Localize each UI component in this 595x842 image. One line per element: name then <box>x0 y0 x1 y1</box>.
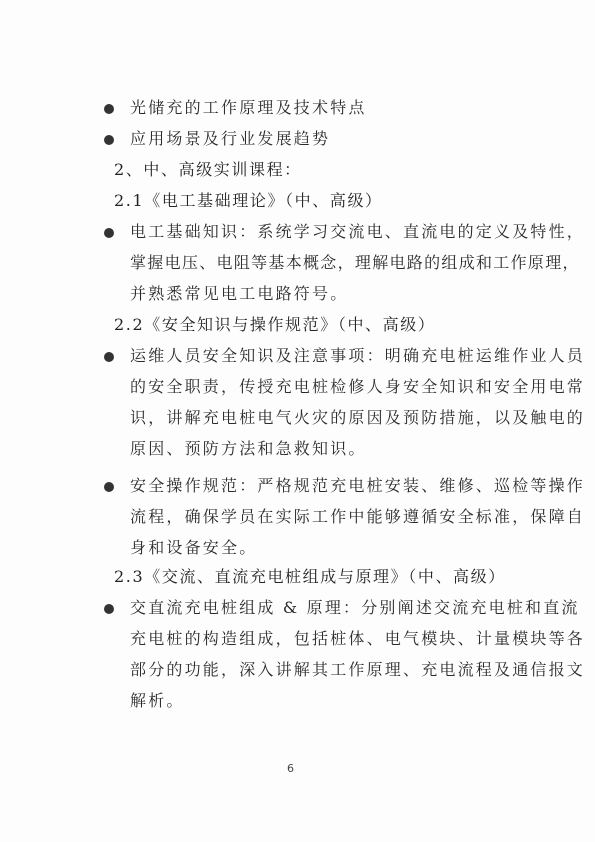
bullet-icon <box>104 104 114 114</box>
bullet-text: 身和设备安全。 <box>130 538 257 558</box>
bullet-text: 解析。 <box>130 691 185 711</box>
bullet-text: 的安全职责，传授充电桩检修人身安全知识和安全用电常 <box>130 377 585 397</box>
bullet-icon <box>104 352 114 362</box>
section-heading: 2、中、高级实训课程： <box>114 160 302 180</box>
bullet-text: 光储充的工作原理及技术特点 <box>130 98 367 118</box>
bullet-text: 掌握电压、电阻等基本概念，理解电路的组成和工作原理， <box>130 253 580 273</box>
bullet-text: 原因、预防方法和急救知识。 <box>130 439 367 459</box>
bullet-text: 并熟悉常见电工电路符号。 <box>130 284 348 304</box>
bullet-text: 电工基础知识：系统学习交流电、直流电的定义及特性， <box>130 222 585 242</box>
subsection-heading: 2.2《安全知识与操作规范》（中、高级） <box>114 315 435 335</box>
bullet-text: 运维人员安全知识及注意事项：明确充电桩运维作业人员 <box>130 346 585 366</box>
bullet-text: 流程，确保学员在实际工作中能够遵循安全标准，保障自 <box>130 507 585 527</box>
document-page: 光储充的工作原理及技术特点 应用场景及行业发展趋势 2、中、高级实训课程： 2.… <box>0 0 595 842</box>
bullet-text: 识，讲解充电桩电气火灾的原因及预防措施，以及触电的 <box>130 408 585 428</box>
subsection-heading: 2.1《电工基础理论》（中、高级） <box>114 191 383 211</box>
bullet-icon <box>104 228 114 238</box>
bullet-text: 充电桩的构造组成，包括桩体、电气模块、计量模块等各 <box>130 629 585 649</box>
page-number: 6 <box>287 762 294 775</box>
subsection-heading: 2.3《交流、直流充电桩组成与原理》（中、高级） <box>114 567 506 587</box>
bullet-text: 安全操作规范：严格规范充电桩安装、维修、巡检等操作 <box>130 476 585 496</box>
bullet-icon <box>104 482 114 492</box>
bullet-text: 应用场景及行业发展趋势 <box>130 129 330 149</box>
bullet-text: 交直流充电桩组成 & 原理：分别阐述交流充电桩和直流 <box>130 598 580 618</box>
bullet-text: 部分的功能，深入讲解其工作原理、充电流程及通信报文 <box>130 660 585 680</box>
bullet-icon <box>104 135 114 145</box>
bullet-icon <box>104 604 114 614</box>
